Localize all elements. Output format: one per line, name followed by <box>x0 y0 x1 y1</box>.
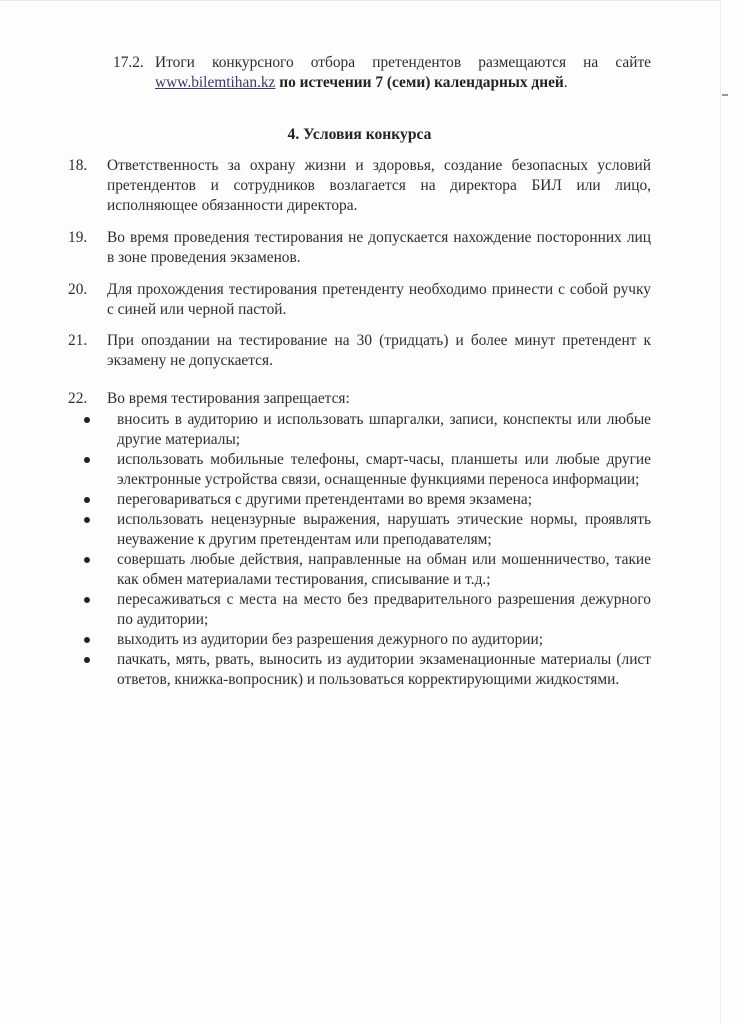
clause-text: Ответственность за охрану жизни и здоров… <box>107 156 651 216</box>
bullet-icon <box>84 597 90 603</box>
clause-number: 17.2. <box>113 53 144 73</box>
list-item: использовать мобильные телефоны, смарт-ч… <box>78 450 651 490</box>
clause-18: 18. Ответственность за охрану жизни и зд… <box>68 156 651 216</box>
bullet-icon <box>84 497 90 503</box>
clause-number: 20. <box>68 280 87 300</box>
list-item-text: использовать нецензурные выражения, нару… <box>117 511 651 548</box>
list-item: выходить из аудитории без разрешения деж… <box>78 630 651 650</box>
clause-text: Во время проведения тестирования не допу… <box>107 228 651 268</box>
clause-intro: Во время тестирования запрещается: <box>107 389 651 409</box>
list-item-text: совершать любые действия, направленные н… <box>117 551 651 588</box>
bullet-icon <box>84 517 90 523</box>
list-item-text: переговариваться с другими претендентами… <box>117 491 532 508</box>
clause-number: 19. <box>68 228 87 248</box>
list-item: совершать любые действия, направленные н… <box>78 550 651 590</box>
clause-21: 21. При опоздании на тестирование на 30 … <box>68 331 651 371</box>
bullet-icon <box>84 557 90 563</box>
list-item: пачкать, мять, рвать, выносить из аудито… <box>78 650 651 690</box>
clause-text-start: Итоги конкурсного отбора претендентов ра… <box>155 54 651 71</box>
bullet-icon <box>84 417 90 423</box>
list-item-text: выходить из аудитории без разрешения деж… <box>117 631 543 648</box>
section-heading: 4. Условия конкурса <box>68 126 651 144</box>
list-item-text: вносить в аудиторию и использовать шпарг… <box>117 411 651 448</box>
clause-22: 22. Во время тестирования запрещается: в… <box>68 389 651 690</box>
list-item-text: пачкать, мять, рвать, выносить из аудито… <box>117 651 651 688</box>
list-item: переговариваться с другими претендентами… <box>78 490 651 510</box>
scan-margin-mark <box>722 94 728 96</box>
list-item-text: пересаживаться с места на место без пред… <box>117 591 651 628</box>
list-item: использовать нецензурные выражения, нару… <box>78 510 651 550</box>
clause-number: 21. <box>68 331 87 351</box>
clause-number: 22. <box>68 389 87 409</box>
bullet-icon <box>84 637 90 643</box>
clause-end: . <box>564 74 568 91</box>
clause-19: 19. Во время проведения тестирования не … <box>68 228 651 268</box>
deadline-bold-text: по истечении 7 (семи) календарных дней <box>279 74 564 91</box>
list-item: пересаживаться с места на место без пред… <box>78 590 651 630</box>
clause-20: 20. Для прохождения тестирования претенд… <box>68 280 651 320</box>
bullet-icon <box>84 657 90 663</box>
list-item-text: использовать мобильные телефоны, смарт-ч… <box>117 451 651 488</box>
website-link[interactable]: www.bilemtihan.kz <box>155 74 275 91</box>
scan-right-edge <box>720 0 721 1024</box>
clause-text: При опоздании на тестирование на 30 (три… <box>107 331 651 371</box>
clause-number: 18. <box>68 156 87 176</box>
scanned-page: 17.2. Итоги конкурсного отбора претенден… <box>0 0 743 1024</box>
list-item: вносить в аудиторию и использовать шпарг… <box>78 410 651 450</box>
bullet-icon <box>84 457 90 463</box>
clause-text: Для прохождения тестирования претенденту… <box>107 280 651 320</box>
scan-top-edge <box>0 0 720 1</box>
clause-text: Итоги конкурсного отбора претендентов ра… <box>155 53 651 93</box>
prohibitions-list: вносить в аудиторию и использовать шпарг… <box>68 410 651 690</box>
clause-17-2: 17.2. Итоги конкурсного отбора претенден… <box>113 53 651 93</box>
